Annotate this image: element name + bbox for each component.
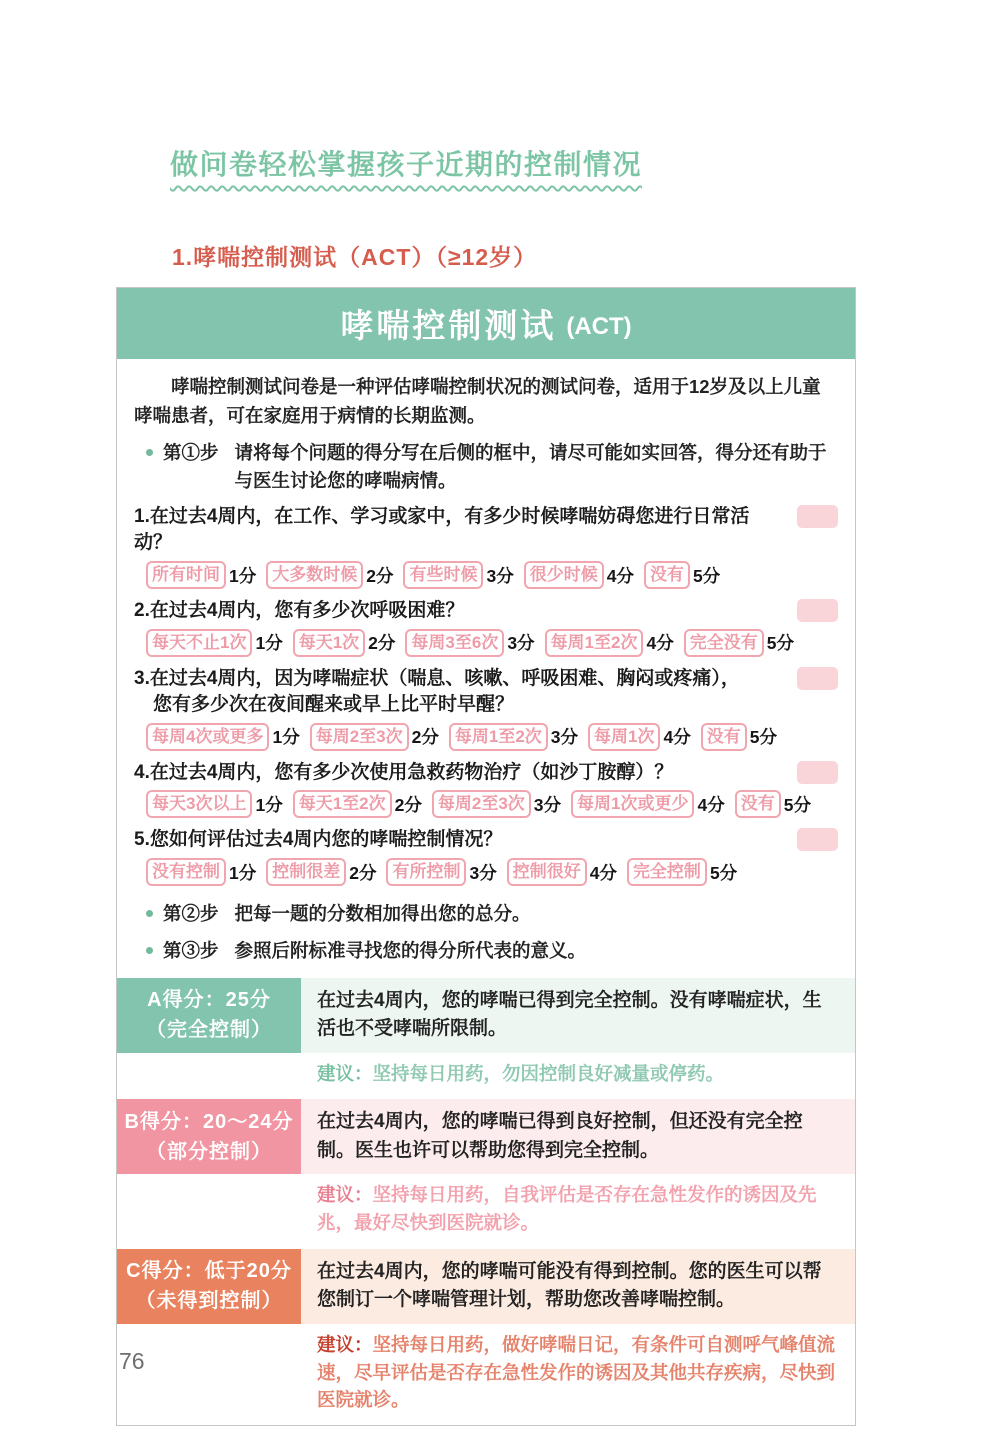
step-2-label: 第②步 bbox=[163, 900, 219, 928]
option: 所有时间 1分 bbox=[146, 561, 256, 589]
option-score: 3分 bbox=[507, 630, 534, 655]
option-chip[interactable]: 每天1次 bbox=[293, 629, 365, 657]
page-number: 76 bbox=[119, 1348, 145, 1375]
grade-b-level: （部分控制） bbox=[146, 1137, 272, 1167]
grade-a-score: A得分：25分 bbox=[147, 985, 271, 1015]
option: 每天1次 2分 bbox=[293, 629, 396, 657]
option: 大多数时候 2分 bbox=[266, 561, 393, 589]
grade-c-level: （未得到控制） bbox=[136, 1286, 283, 1316]
option-chip[interactable]: 没有 bbox=[735, 790, 781, 818]
option: 很少时候 4分 bbox=[524, 561, 634, 589]
advice-text: 坚持每日用药，自我评估是否存在急性发作的诱因及先兆，最好尽快到医院就诊。 bbox=[317, 1184, 817, 1233]
grade-a-description: 在过去4周内，您的哮喘已得到完全控制。没有哮喘症状，生活也不受哮喘所限制。 bbox=[301, 978, 855, 1053]
grade-b-description: 在过去4周内，您的哮喘已得到良好控制，但还没有完全控制。医生也许可以帮助您得到完… bbox=[301, 1099, 855, 1174]
score-input-q3[interactable] bbox=[797, 667, 838, 690]
option-score: 4分 bbox=[663, 724, 690, 749]
step-2: 第②步 把每一题的分数相加得出您的总分。 bbox=[134, 900, 838, 928]
option-chip[interactable]: 很少时候 bbox=[524, 561, 604, 589]
question-3: 3.在过去4周内，因为哮喘症状（喘息、咳嗽、呼吸困难、胸闷或疼痛）， 您有多少次… bbox=[134, 666, 838, 751]
option-score: 5分 bbox=[693, 563, 720, 588]
grade-c-advice: 建议：坚持每日用药，做好哮喘日记，有条件可自测呼气峰值流速，尽早评估是否存在急性… bbox=[301, 1324, 855, 1418]
option: 完全没有 5分 bbox=[684, 629, 794, 657]
bullet-icon bbox=[146, 910, 153, 917]
question-2-text: 2.在过去4周内，您有多少次呼吸困难？ bbox=[134, 598, 838, 625]
question-4: 4.在过去4周内，您有多少次使用急救药物治疗（如沙丁胺醇）？ 每天3次以上 1分… bbox=[134, 760, 838, 819]
option-chip[interactable]: 没有控制 bbox=[146, 858, 226, 886]
option: 没有 5分 bbox=[644, 561, 720, 589]
step-3: 第③步 参照后附标准寻找您的得分所代表的意义。 bbox=[134, 937, 838, 965]
option-score: 1分 bbox=[272, 724, 299, 749]
option: 没有 5分 bbox=[735, 790, 811, 818]
option-chip[interactable]: 每周2至3次 bbox=[310, 723, 409, 751]
option-chip[interactable]: 每周1至2次 bbox=[545, 629, 644, 657]
question-1-text: 1.在过去4周内，在工作、学习或家中，有多少时候哮喘妨碍您进行日常活动？ bbox=[134, 504, 838, 557]
option-chip[interactable]: 完全控制 bbox=[627, 858, 707, 886]
option-chip[interactable]: 每天3次以上 bbox=[146, 790, 252, 818]
option-chip[interactable]: 大多数时候 bbox=[266, 561, 363, 589]
option-score: 5分 bbox=[784, 792, 811, 817]
option-score: 1分 bbox=[229, 563, 256, 588]
step-1-label: 第①步 bbox=[163, 439, 219, 467]
score-input-q5[interactable] bbox=[797, 828, 838, 851]
option: 每周3至6次 3分 bbox=[405, 629, 534, 657]
question-3-text-line2: 您有多少次在夜间醒来或早上比平时早醒？ bbox=[134, 692, 838, 719]
option: 每天1至2次 2分 bbox=[293, 790, 422, 818]
card-header-title-suffix: (ACT) bbox=[566, 313, 631, 341]
grade-b-advice: 建议：坚持每日用药，自我评估是否存在急性发作的诱因及先兆，最好尽快到医院就诊。 bbox=[301, 1174, 855, 1241]
option-chip[interactable]: 每周2至3次 bbox=[432, 790, 531, 818]
option-chip[interactable]: 完全没有 bbox=[684, 629, 764, 657]
option-score: 3分 bbox=[534, 792, 561, 817]
advice-label: 建议： bbox=[317, 1334, 373, 1355]
step-3-label: 第③步 bbox=[163, 937, 219, 965]
question-2-options: 每天不止1次 1分 每天1次 2分 每周3至6次 3分 每周1至2次 4分 bbox=[146, 629, 838, 657]
card-header-title: 哮喘控制测试 bbox=[340, 300, 556, 347]
intro-paragraph: 哮喘控制测试问卷是一种评估哮喘控制状况的测试问卷，适用于12岁及以上儿童哮喘患者… bbox=[134, 373, 838, 430]
option-chip[interactable]: 控制很好 bbox=[507, 858, 587, 886]
option-score: 1分 bbox=[229, 860, 256, 885]
option-score: 4分 bbox=[607, 563, 634, 588]
question-4-text: 4.在过去4周内，您有多少次使用急救药物治疗（如沙丁胺醇）？ bbox=[134, 760, 838, 787]
question-2: 2.在过去4周内，您有多少次呼吸困难？ 每天不止1次 1分 每天1次 2分 每周… bbox=[134, 598, 838, 657]
option-score: 2分 bbox=[368, 630, 395, 655]
grade-a-advice: 建议：坚持每日用药，勿因控制良好减量或停药。 bbox=[301, 1053, 855, 1092]
option-chip[interactable]: 没有 bbox=[644, 561, 690, 589]
book-page: 做问卷轻松掌握孩子近期的控制情况 1.哮喘控制测试（ACT）（≥12岁） 哮喘控… bbox=[0, 0, 1000, 1450]
step-3-text: 参照后附标准寻找您的得分所代表的意义。 bbox=[235, 937, 838, 965]
option-chip[interactable]: 每周4次或更多 bbox=[146, 723, 269, 751]
option: 控制很好 4分 bbox=[507, 858, 617, 886]
option-score: 1分 bbox=[255, 630, 282, 655]
card-header: 哮喘控制测试 (ACT) bbox=[117, 288, 855, 359]
bullet-icon bbox=[146, 947, 153, 954]
page-title: 做问卷轻松掌握孩子近期的控制情况 bbox=[170, 143, 642, 183]
option-score: 5分 bbox=[750, 724, 777, 749]
option-chip[interactable]: 每周1次 bbox=[588, 723, 660, 751]
score-input-q2[interactable] bbox=[797, 599, 838, 622]
option-chip[interactable]: 所有时间 bbox=[146, 561, 226, 589]
option-chip[interactable]: 没有 bbox=[701, 723, 747, 751]
question-3-text: 3.在过去4周内，因为哮喘症状（喘息、咳嗽、呼吸困难、胸闷或疼痛）， bbox=[134, 666, 838, 693]
option: 每周1至2次 4分 bbox=[545, 629, 674, 657]
card-body: 哮喘控制测试问卷是一种评估哮喘控制状况的测试问卷，适用于12岁及以上儿童哮喘患者… bbox=[117, 359, 855, 965]
option-score: 4分 bbox=[697, 792, 724, 817]
advice-label: 建议： bbox=[317, 1063, 373, 1084]
question-3-options: 每周4次或更多 1分 每周2至3次 2分 每周1至2次 3分 每周1次 4分 bbox=[146, 723, 838, 751]
result-row-b: B得分：20～24分 （部分控制） 在过去4周内，您的哮喘已得到良好控制，但还没… bbox=[117, 1099, 855, 1241]
option-score: 2分 bbox=[366, 563, 393, 588]
option-chip[interactable]: 每天1至2次 bbox=[293, 790, 392, 818]
bullet-icon bbox=[146, 449, 153, 456]
option-score: 2分 bbox=[412, 724, 439, 749]
grade-a-level: （完全控制） bbox=[146, 1015, 272, 1045]
question-5-text: 5.您如何评估过去4周内您的哮喘控制情况？ bbox=[134, 827, 838, 854]
score-input-q1[interactable] bbox=[797, 505, 838, 528]
option: 没有 5分 bbox=[701, 723, 777, 751]
option: 控制很差 2分 bbox=[266, 858, 376, 886]
option-chip[interactable]: 每周1至2次 bbox=[449, 723, 548, 751]
option-chip[interactable]: 控制很差 bbox=[266, 858, 346, 886]
option-score: 1分 bbox=[255, 792, 282, 817]
advice-text: 坚持每日用药，做好哮喘日记，有条件可自测呼气峰值流速，尽早评估是否存在急性发作的… bbox=[317, 1334, 835, 1411]
grade-c-cell: C得分：低于20分 （未得到控制） bbox=[117, 1249, 301, 1324]
act-test-card: 哮喘控制测试 (ACT) 哮喘控制测试问卷是一种评估哮喘控制状况的测试问卷，适用… bbox=[116, 287, 856, 1426]
option: 每天不止1次 1分 bbox=[146, 629, 283, 657]
question-5: 5.您如何评估过去4周内您的哮喘控制情况？ 没有控制 1分 控制很差 2分 有所… bbox=[134, 827, 838, 886]
question-1: 1.在过去4周内，在工作、学习或家中，有多少时候哮喘妨碍您进行日常活动？ 所有时… bbox=[134, 504, 838, 589]
option-score: 3分 bbox=[486, 563, 513, 588]
step-2-text: 把每一题的分数相加得出您的总分。 bbox=[235, 900, 838, 928]
question-5-options: 没有控制 1分 控制很差 2分 有所控制 3分 控制很好 4分 bbox=[146, 858, 838, 886]
question-4-options: 每天3次以上 1分 每天1至2次 2分 每周2至3次 3分 每周1次或更少 4分 bbox=[146, 790, 838, 818]
grade-b-score: B得分：20～24分 bbox=[125, 1107, 294, 1137]
option: 每周4次或更多 1分 bbox=[146, 723, 300, 751]
advice-label: 建议： bbox=[317, 1184, 373, 1205]
grade-b-cell: B得分：20～24分 （部分控制） bbox=[117, 1099, 301, 1174]
option: 有所控制 3分 bbox=[386, 858, 496, 886]
option: 没有控制 1分 bbox=[146, 858, 256, 886]
advice-text: 坚持每日用药，勿因控制良好减量或停药。 bbox=[373, 1063, 725, 1084]
step-1: 第①步 请将每个问题的得分写在后侧的框中，请尽可能如实回答，得分还有助于与医生讨… bbox=[134, 439, 838, 495]
option-score: 3分 bbox=[469, 860, 496, 885]
option-score: 2分 bbox=[349, 860, 376, 885]
option-chip[interactable]: 有所控制 bbox=[386, 858, 466, 886]
option-chip[interactable]: 每周1次或更少 bbox=[571, 790, 694, 818]
result-row-c: C得分：低于20分 （未得到控制） 在过去4周内，您的哮喘可能没有得到控制。您的… bbox=[117, 1249, 855, 1418]
question-1-options: 所有时间 1分 大多数时候 2分 有些时候 3分 很少时候 4分 bbox=[146, 561, 838, 589]
option: 每周2至3次 2分 bbox=[310, 723, 439, 751]
score-input-q4[interactable] bbox=[797, 761, 838, 784]
option-score: 4分 bbox=[646, 630, 673, 655]
option: 每周1次 4分 bbox=[588, 723, 691, 751]
grade-c-score: C得分：低于20分 bbox=[126, 1256, 292, 1286]
result-row-a: A得分：25分 （完全控制） 在过去4周内，您的哮喘已得到完全控制。没有哮喘症状… bbox=[117, 978, 855, 1092]
option: 每周1次或更少 4分 bbox=[571, 790, 725, 818]
option: 每周2至3次 3分 bbox=[432, 790, 561, 818]
option-chip[interactable]: 每天不止1次 bbox=[146, 629, 252, 657]
score-interpretation-table: A得分：25分 （完全控制） 在过去4周内，您的哮喘已得到完全控制。没有哮喘症状… bbox=[117, 978, 855, 1426]
option-score: 5分 bbox=[767, 630, 794, 655]
option-chip[interactable]: 每周3至6次 bbox=[405, 629, 504, 657]
option-score: 2分 bbox=[395, 792, 422, 817]
option: 每天3次以上 1分 bbox=[146, 790, 283, 818]
grade-a-cell: A得分：25分 （完全控制） bbox=[117, 978, 301, 1053]
grade-c-description: 在过去4周内，您的哮喘可能没有得到控制。您的医生可以帮您制订一个哮喘管理计划，帮… bbox=[301, 1249, 855, 1324]
option-chip[interactable]: 有些时候 bbox=[403, 561, 483, 589]
option: 有些时候 3分 bbox=[403, 561, 513, 589]
option-score: 4分 bbox=[590, 860, 617, 885]
section-subtitle: 1.哮喘控制测试（ACT）（≥12岁） bbox=[172, 239, 537, 272]
option: 完全控制 5分 bbox=[627, 858, 737, 886]
option-score: 5分 bbox=[710, 860, 737, 885]
step-1-text: 请将每个问题的得分写在后侧的框中，请尽可能如实回答，得分还有助于与医生讨论您的哮… bbox=[235, 439, 838, 495]
option: 每周1至2次 3分 bbox=[449, 723, 578, 751]
option-score: 3分 bbox=[551, 724, 578, 749]
